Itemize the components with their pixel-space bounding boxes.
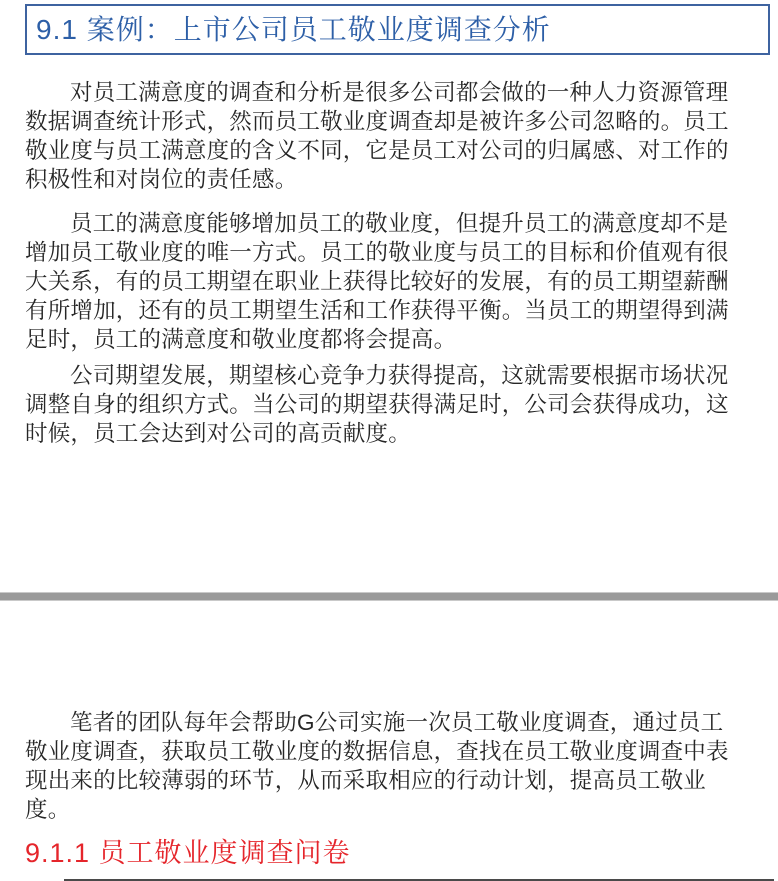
section-heading-box: 9.1 案例：上市公司员工敬业度调查分析 xyxy=(25,4,770,55)
paragraph-3: 公司期望发展，期望核心竞争力获得提高，这就需要根据市场状况 调整自身的组织方式。… xyxy=(25,361,758,448)
section-heading: 9.1 案例：上市公司员工敬业度调查分析 xyxy=(36,16,551,44)
page-break-divider xyxy=(0,592,778,601)
paragraph-4: 笔者的团队每年会帮助G公司实施一次员工敬业度调查，通过员工 敬业度调查，获取员工… xyxy=(25,708,758,824)
paragraph-1: 对员工满意度的调查和分析是很多公司都会做的一种人力资源管理 数据调查统计形式，然… xyxy=(25,78,758,194)
paragraph-2: 员工的满意度能够增加员工的敬业度，但提升员工的满意度却不是 增加员工敬业度的唯一… xyxy=(25,209,758,354)
pdf-page: 9.1 案例：上市公司员工敬业度调查分析 对员工满意度的调查和分析是很多公司都会… xyxy=(0,0,778,881)
subsection-heading: 9.1.1 员工敬业度调查问卷 xyxy=(25,839,351,869)
